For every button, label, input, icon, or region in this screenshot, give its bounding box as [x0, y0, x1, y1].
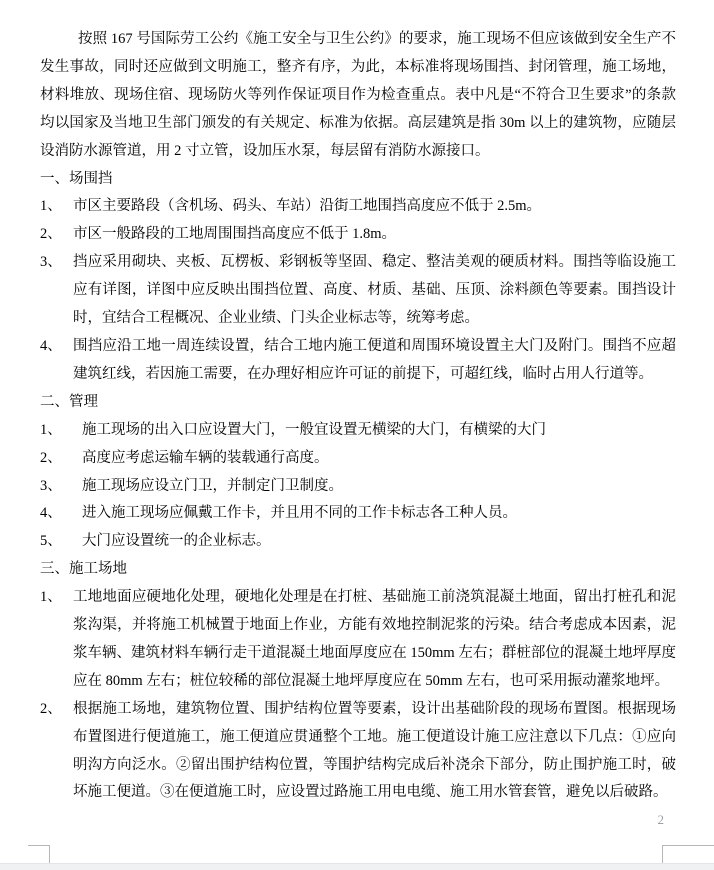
list-item-number: 3、	[40, 249, 73, 333]
list-item-text: 高度应考虑运输车辆的装载通行高度。	[82, 445, 676, 473]
list-item-text: 市区一般路段的工地周围围挡高度应不低于 1.8m。	[73, 221, 676, 249]
section-heading-1: 一、场围挡	[40, 166, 676, 194]
list-item: 4、 进入施工现场应佩戴工作卡，并且用不同的工作卡标志各工种人员。	[40, 500, 676, 528]
page-gap-divider	[0, 863, 714, 870]
list-item: 5、 大门应设置统一的企业标志。	[40, 528, 676, 556]
list-item: 1、 市区主要路段（含机场、码头、车站）沿街工地围挡高度应不低于 2.5m。	[40, 193, 676, 221]
text-boundary-mark-right	[662, 845, 663, 863]
list-item-text: 大门应设置统一的企业标志。	[82, 528, 676, 556]
intro-paragraph: 按照 167 号国际劳工公约《施工安全与卫生公约》的要求，施工现场不但应该做到安…	[40, 26, 676, 166]
document-text-area: 按照 167 号国际劳工公约《施工安全与卫生公约》的要求，施工现场不但应该做到安…	[40, 26, 676, 807]
list-item-number: 1、	[40, 417, 82, 445]
list-item: 1、 施工现场的出入口应设置大门，一般宜设置无横梁的大门，有横梁的大门	[40, 417, 676, 445]
list-item: 2、 市区一般路段的工地周围围挡高度应不低于 1.8m。	[40, 221, 676, 249]
list-item-number: 3、	[40, 473, 82, 501]
list-item-text: 工地地面应硬地化处理，硬地化处理是在打桩、基础施工前浇筑混凝土地面，留出打桩孔和…	[73, 584, 676, 696]
list-item-text: 根据施工场地，建筑物位置、围护结构位置等要素，设计出基础阶段的现场布置图。根据现…	[73, 696, 676, 808]
list-item-number: 2、	[40, 445, 82, 473]
list-item: 1、 工地地面应硬地化处理，硬地化处理是在打桩、基础施工前浇筑混凝土地面，留出打…	[40, 584, 676, 696]
list-item: 2、 根据施工场地，建筑物位置、围护结构位置等要素，设计出基础阶段的现场布置图。…	[40, 696, 676, 808]
list-item-number: 1、	[40, 584, 73, 696]
list-item-number: 5、	[40, 528, 82, 556]
text-boundary-mark-right	[662, 845, 714, 846]
text-boundary-mark-left	[49, 845, 50, 863]
list-item: 2、 高度应考虑运输车辆的装载通行高度。	[40, 445, 676, 473]
list-item-text: 施工现场的出入口应设置大门，一般宜设置无横梁的大门，有横梁的大门	[82, 417, 676, 445]
list-item-text: 挡应采用砌块、夹板、瓦楞板、彩钢板等坚固、稳定、整洁美观的硬质材料。围挡等临设施…	[73, 249, 676, 333]
list-item-number: 4、	[40, 333, 73, 389]
section-heading-3: 三、施工场地	[40, 556, 676, 584]
list-item-text: 进入施工现场应佩戴工作卡，并且用不同的工作卡标志各工种人员。	[82, 500, 676, 528]
section-heading-2: 二、管理	[40, 389, 676, 417]
list-item: 3、 施工现场应设立门卫，并制定门卫制度。	[40, 473, 676, 501]
list-item-number: 1、	[40, 193, 73, 221]
page-number: 2	[658, 812, 665, 828]
list-item: 4、 围挡应沿工地一周连续设置，结合工地内施工便道和周围环境设置主大门及附门。围…	[40, 333, 676, 389]
list-item-number: 2、	[40, 221, 73, 249]
list-item-number: 2、	[40, 696, 73, 808]
document-page[interactable]: 按照 167 号国际劳工公约《施工安全与卫生公约》的要求，施工现场不但应该做到安…	[0, 0, 714, 863]
list-item: 3、 挡应采用砌块、夹板、瓦楞板、彩钢板等坚固、稳定、整洁美观的硬质材料。围挡等…	[40, 249, 676, 333]
list-item-number: 4、	[40, 500, 82, 528]
list-item-text: 施工现场应设立门卫，并制定门卫制度。	[82, 473, 676, 501]
list-item-text: 市区主要路段（含机场、码头、车站）沿街工地围挡高度应不低于 2.5m。	[73, 193, 676, 221]
list-item-text: 围挡应沿工地一周连续设置，结合工地内施工便道和周围环境设置主大门及附门。围挡不应…	[73, 333, 676, 389]
text-boundary-mark-left	[28, 845, 50, 846]
